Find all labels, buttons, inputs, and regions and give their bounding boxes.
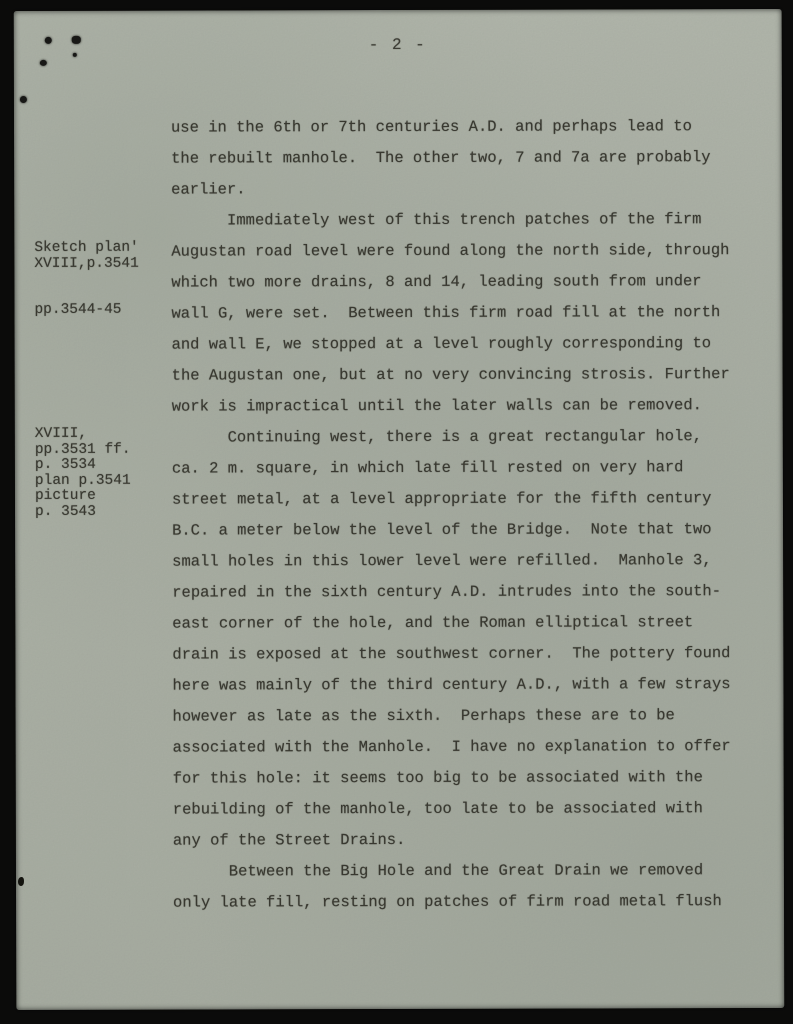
- document-page: - 2 - Sketch plan'XVIII,p.3541pp.3544-45…: [14, 9, 785, 1010]
- body-line: Between the Big Hole and the Great Drain…: [173, 855, 753, 888]
- body-line: however as late as the sixth. Perhaps th…: [173, 700, 753, 733]
- margin-note-line: pp.3544-45: [34, 303, 169, 319]
- margin-note-line: XVIII,p.3541: [34, 256, 169, 272]
- body-line: the Augustan one, but at no very convinc…: [172, 359, 752, 392]
- margin-note-line: p. 3543: [35, 504, 170, 520]
- body-line: and wall E, we stopped at a level roughl…: [172, 328, 752, 361]
- body-line: any of the Street Drains.: [173, 824, 753, 857]
- body-line: earlier.: [171, 173, 751, 206]
- body-line: Continuing west, there is a great rectan…: [172, 421, 752, 454]
- body-line: repaired in the sixth century A.D. intru…: [172, 576, 752, 609]
- margin-note: pp.3544-45: [34, 303, 169, 319]
- body-line: the rebuilt manhole. The other two, 7 an…: [171, 142, 751, 175]
- edge-speck: [18, 877, 24, 886]
- scan-background: { "page": { "number_label": "- 2 -" }, "…: [0, 0, 793, 1024]
- body-line: wall G, were set. Between this firm road…: [171, 297, 751, 330]
- body-line: associated with the Manhole. I have no e…: [173, 731, 753, 764]
- body-text: use in the 6th or 7th centuries A.D. and…: [171, 111, 753, 919]
- punch-hole: [20, 96, 27, 103]
- body-line: street metal, at a level appropriate for…: [172, 483, 752, 516]
- body-line: ca. 2 m. square, in which late fill rest…: [172, 452, 752, 485]
- body-line: work is impractical until the later wall…: [172, 390, 752, 423]
- page-number: - 2 -: [14, 35, 782, 55]
- margin-note-line: picture: [35, 489, 170, 505]
- body-line: which two more drains, 8 and 14, leading…: [171, 266, 751, 299]
- body-line: drain is exposed at the southwest corner…: [172, 638, 752, 671]
- margin-note-line: p. 3534: [35, 458, 170, 474]
- margin-note-line: plan p.3541: [35, 473, 170, 489]
- margin-note-line: XVIII,: [35, 427, 170, 443]
- body-line: B.C. a meter below the level of the Brid…: [172, 514, 752, 547]
- body-line: Augustan road level were found along the…: [171, 235, 751, 268]
- margin-note-line: pp.3531 ff.: [35, 442, 170, 458]
- body-line: east corner of the hole, and the Roman e…: [172, 607, 752, 640]
- body-line: Immediately west of this trench patches …: [171, 204, 751, 237]
- body-line: only late fill, resting on patches of fi…: [173, 886, 753, 919]
- punch-hole: [40, 60, 47, 66]
- body-line: small holes in this lower level were ref…: [172, 545, 752, 578]
- margin-note-line: Sketch plan': [34, 241, 169, 257]
- margin-note: XVIII,pp.3531 ff.p. 3534plan p.3541pictu…: [35, 427, 170, 520]
- body-line: here was mainly of the third century A.D…: [172, 669, 752, 702]
- body-line: for this hole: it seems too big to be as…: [173, 762, 753, 795]
- body-line: use in the 6th or 7th centuries A.D. and…: [171, 111, 751, 144]
- margin-note: Sketch plan'XVIII,p.3541: [34, 241, 169, 272]
- body-line: rebuilding of the manhole, too late to b…: [173, 793, 753, 826]
